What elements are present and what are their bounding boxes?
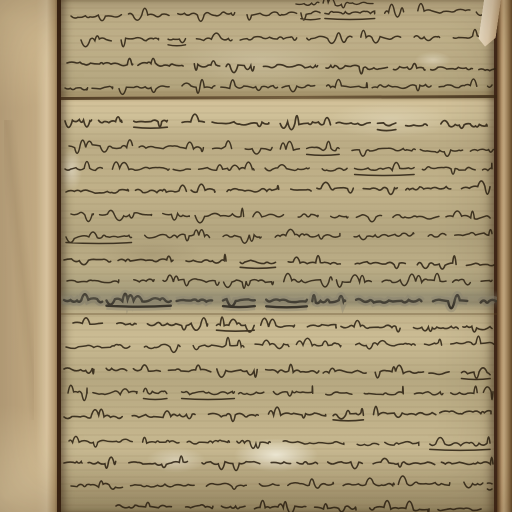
ink-smudge-band	[61, 290, 501, 309]
handwriting-line	[66, 229, 492, 243]
adjacent-leaf-edge	[497, 0, 512, 512]
page-seam-middle	[61, 313, 501, 315]
handwriting-line	[296, 0, 373, 8]
handwriting-ink	[61, 0, 501, 512]
handwriting-line	[71, 476, 492, 490]
handwriting-line	[65, 162, 492, 176]
manuscript-photo	[0, 0, 512, 512]
handwriting-line	[69, 436, 490, 450]
handwriting-line	[65, 114, 487, 130]
handwriting-line	[66, 181, 490, 195]
handwriting-line	[64, 456, 493, 470]
handwriting-line	[69, 140, 494, 156]
handwriting-line	[116, 500, 481, 512]
handwriting-line	[64, 254, 494, 269]
handwriting-line	[64, 364, 490, 379]
manuscript-page	[57, 0, 497, 512]
handwriting-line	[67, 58, 495, 73]
handwriting-line	[65, 79, 492, 94]
handwriting-line	[73, 317, 492, 332]
handwriting-line	[68, 385, 493, 400]
handwriting-line	[71, 4, 493, 22]
handwriting-line	[66, 336, 494, 352]
handwriting-line	[81, 30, 481, 47]
handwriting-line	[67, 273, 492, 288]
handwriting-line	[64, 406, 491, 421]
backing-paper-crease	[4, 120, 34, 420]
handwriting-line	[71, 208, 490, 223]
